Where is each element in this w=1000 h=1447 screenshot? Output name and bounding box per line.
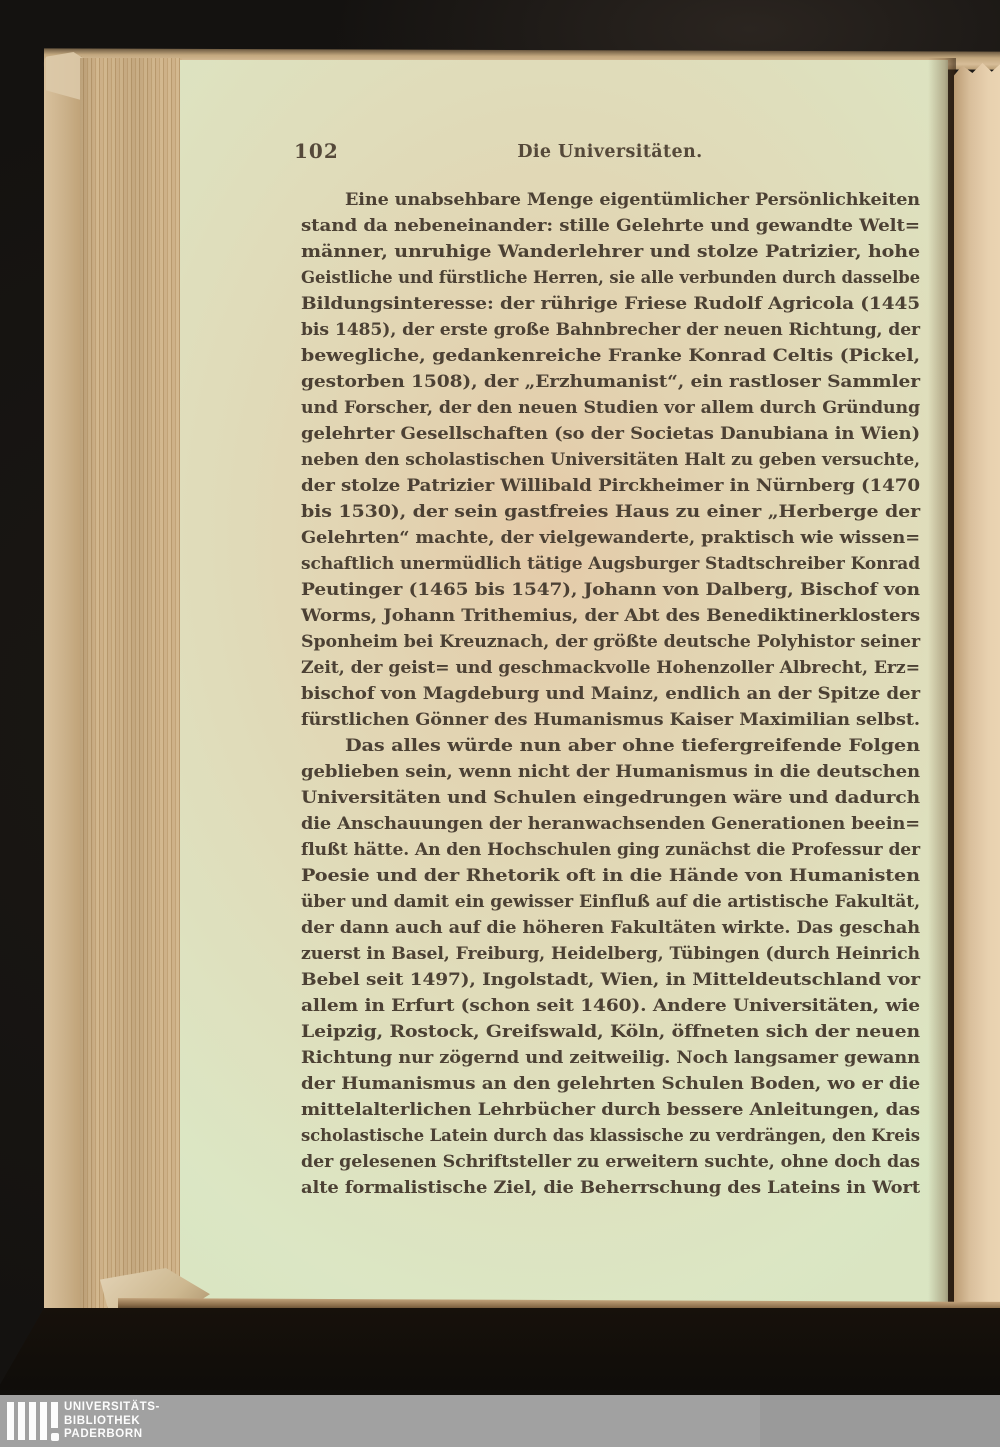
text-line: gestorben 1508), der „Erzhumanist“, ein … xyxy=(301,369,920,395)
text-line: Worms, Johann Trithemius, der Abt des Be… xyxy=(301,603,920,629)
text-line: stand da nebeneinander: stille Gelehrte … xyxy=(301,213,920,239)
text-line: Zeit, der geist= und geschmackvolle Hohe… xyxy=(301,655,920,681)
text-line: schaftlich unermüdlich tätige Augsburger… xyxy=(301,551,920,577)
library-bar-shade xyxy=(760,1395,1000,1447)
text-line: Universitäten und Schulen eingedrungen w… xyxy=(301,785,920,811)
text-line: Bebel seit 1497), Ingolstadt, Wien, in M… xyxy=(301,967,920,993)
text-line: Das alles würde nun aber ohne tiefergrei… xyxy=(301,733,920,759)
scanned-book-photo: 102 Die Universitäten. Eine unabsehbare … xyxy=(0,0,1000,1447)
text-line: der dann auch auf die höheren Fakultäten… xyxy=(301,915,920,941)
text-line: gelehrter Gesellschaften (so der Societa… xyxy=(301,421,920,447)
page-text: Eine unabsehbare Menge eigentümlicher Pe… xyxy=(301,187,920,1201)
text-line: bis 1530), der sein gastfreies Haus zu e… xyxy=(301,499,920,525)
text-line: zuerst in Basel, Freiburg, Heidelberg, T… xyxy=(301,941,920,967)
book-cover-edge xyxy=(44,56,82,1314)
text-line: mittelalterlichen Lehrbücher durch besse… xyxy=(301,1097,920,1123)
text-line: flußt hätte. An den Hochschulen ging zun… xyxy=(301,837,920,863)
page-fore-edge-stack xyxy=(80,58,182,1310)
running-head: Die Universitäten. xyxy=(300,142,920,162)
library-name-line2: BIBLIOTHEK xyxy=(64,1415,140,1427)
gutter-shadow xyxy=(928,58,956,1308)
text-line: allem in Erfurt (schon seit 1460). Ander… xyxy=(301,993,920,1019)
text-line: alte formalistische Ziel, die Beherrschu… xyxy=(301,1175,920,1201)
text-line: bewegliche, gedankenreiche Franke Konrad… xyxy=(301,343,920,369)
text-line: der gelesenen Schriftsteller zu erweiter… xyxy=(301,1149,920,1175)
text-line: bis 1485), der erste große Bahnbrecher d… xyxy=(301,317,920,343)
text-line: über und damit ein gewisser Einfluß auf … xyxy=(301,889,920,915)
library-name-line3: PADERBORN xyxy=(64,1428,143,1440)
text-line: Bildungsinteresse: der rührige Friese Ru… xyxy=(301,291,920,317)
library-name: UNIVERSITÄTS- BIBLIOTHEK PADERBORN xyxy=(64,1401,160,1442)
text-line: Gelehrten“ machte, der vielgewanderte, p… xyxy=(301,525,920,551)
library-bar: UNIVERSITÄTS- BIBLIOTHEK PADERBORN xyxy=(0,1395,1000,1447)
text-line: Eine unabsehbare Menge eigentümlicher Pe… xyxy=(301,187,920,213)
text-line: Richtung nur zögernd und zeitweilig. Noc… xyxy=(301,1045,920,1071)
text-line: bischof von Magdeburg und Mainz, endlich… xyxy=(301,681,920,707)
text-line: und Forscher, der den neuen Studien vor … xyxy=(301,395,920,421)
text-line: Sponheim bei Kreuznach, der größte deuts… xyxy=(301,629,920,655)
text-line: die Anschauungen der heranwachsenden Gen… xyxy=(301,811,920,837)
text-line: Geistliche und fürstliche Herren, sie al… xyxy=(301,265,920,291)
facing-page-edge xyxy=(954,58,1000,1306)
text-line: geblieben sein, wenn nicht der Humanismu… xyxy=(301,759,920,785)
library-bars-icon xyxy=(7,1402,59,1447)
text-line: Leipzig, Rostock, Greifswald, Köln, öffn… xyxy=(301,1019,920,1045)
text-line: der Humanismus an den gelehrten Schulen … xyxy=(301,1071,920,1097)
text-line: scholastische Latein durch das klassisch… xyxy=(301,1123,920,1149)
text-line: der stolze Patrizier Willibald Pirckheim… xyxy=(301,473,920,499)
library-name-line1: UNIVERSITÄTS- xyxy=(64,1401,160,1413)
text-line: neben den scholastischen Universitäten H… xyxy=(301,447,920,473)
text-line: fürstlichen Gönner des Humanismus Kaiser… xyxy=(301,707,920,733)
text-line: männer, unruhige Wanderlehrer und stolze… xyxy=(301,239,920,265)
text-line: Peutinger (1465 bis 1547), Johann von Da… xyxy=(301,577,920,603)
text-line: Poesie und der Rhetorik oft in die Hände… xyxy=(301,863,920,889)
